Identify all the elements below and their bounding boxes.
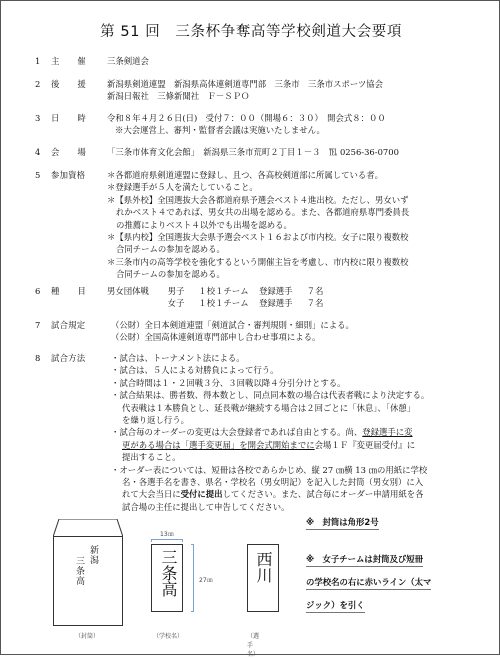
order-change-underlined: 更がある場合は「選手変更届」を開会式開始までに xyxy=(122,440,315,450)
label-char: 主 xyxy=(51,55,60,67)
section-number: 5 xyxy=(35,169,40,181)
method-line: ・試合時間は１・２回戦３分、３回戦以降４分引分けとする。 xyxy=(111,377,467,389)
document-page: 第 51 回 三条杯争奪高等学校剣道大会要項 1 主 催 三条剣道会 2 後 援… xyxy=(0,0,500,655)
envelope-caption: （封筒） xyxy=(75,631,99,640)
section-label: 日 時 xyxy=(51,112,86,124)
event-count: ７名 xyxy=(307,297,324,309)
order-change-underlined: 登録選手に変 xyxy=(362,427,412,437)
envelope-flap-icon xyxy=(53,519,123,537)
school-card-text: 三条高 xyxy=(159,549,177,597)
order-change-text: ・試合毎のオーダーの変更は大会登録者であれば自由とする。尚、 xyxy=(111,427,362,437)
eligibility-line: 合同チームの参加を認める。 xyxy=(107,243,463,255)
label-char: 場 xyxy=(77,146,86,158)
section-label: 参加資格 xyxy=(51,169,85,181)
event-count: ７名 xyxy=(307,285,324,297)
event-row: 女子 １校１チーム 登録選手 ７名 xyxy=(107,297,463,309)
player-card-text: 西川 xyxy=(254,551,272,583)
section-number: 3 xyxy=(35,112,40,124)
width-dimension-line xyxy=(151,539,183,542)
event-reg: 登録選手 xyxy=(259,297,304,309)
label-char: 後 xyxy=(51,78,60,90)
section-body: （公財）全日本剣道連盟「剣道試合・審判規則・細則」による。 （公財）全国高体連剣… xyxy=(111,319,467,344)
label-char: 目 xyxy=(77,285,86,297)
eligibility-line: れかベスト４であれば、男女共の出場を認める。また、各都道府県専門委員長 xyxy=(107,206,463,218)
section-number: 8 xyxy=(35,352,40,364)
section-number: 7 xyxy=(35,319,40,331)
order-sheet-emphasis: 受付に提出 xyxy=(181,489,223,499)
eligibility-line: ＊各都道府県剣道連盟に登録し、且つ、各高校剣道部に所属している者。 xyxy=(107,169,463,181)
sponsors-line: 新潟県剣道連盟 新潟県高体連剣道専門部 三条市 三条市スポーツ協会 xyxy=(107,78,463,90)
eligibility-line: ＊三条市内の高等学校を強化するという開催主旨を考慮し、市内校に限り複数校 xyxy=(107,256,463,268)
label-char: 種 xyxy=(51,285,60,297)
method-line: 代表戦は１本勝負とし、延長戦が継続する場合は２回ごとに「休息」、「休憩」 xyxy=(111,402,467,414)
page-title: 第 51 回 三条杯争奪高等学校剣道大会要項 xyxy=(1,20,500,41)
event-reg: 登録選手 xyxy=(259,285,304,297)
order-change-line: 提出すること。 xyxy=(111,451,467,463)
section-body: 令和８年４月２６日(日) 受付７：００（開場６：３０） 開会式８：００ ※大会運… xyxy=(107,112,463,137)
organizer-text: 三条剣道会 xyxy=(107,55,463,67)
label-char: 時 xyxy=(77,112,86,124)
order-sheet-line: ・オーダー表については、短冊は各校であらかじめ、縦 27 ㎝横 13 ㎝の用紙に… xyxy=(111,464,467,476)
event-gender: 男子 xyxy=(168,285,196,297)
order-sheet-text: れて大会当日に xyxy=(122,489,181,499)
event-type: 男女団体戦 xyxy=(107,285,165,297)
note-line: ジック）を引く xyxy=(306,599,365,613)
method-line: ・試合は、５人による対勝負によって行う。 xyxy=(111,364,467,376)
order-sheet-text: してください。また、試合毎にオーダー申請用紙を各 xyxy=(223,489,424,499)
section-body: ・試合は、トーナメント法による。 ・試合は、５人による対勝負によって行う。 ・試… xyxy=(111,352,467,513)
label-char: 会 xyxy=(51,146,60,158)
section-label: 主 催 xyxy=(51,55,86,67)
order-change-line: 更がある場合は「選手変更届」を開会式開始までに会場１Ｆ『変更届受付』に xyxy=(111,439,467,451)
order-sheet-line: 名・各選手名を書き、県名・学校名（男女明記）を記入した封筒（男女別）に入 xyxy=(111,476,467,488)
datetime-line: 令和８年４月２６日(日) 受付７：００（開場６：３０） 開会式８：００ xyxy=(107,112,463,124)
section-number: 2 xyxy=(35,78,40,90)
section-body: 新潟県剣道連盟 新潟県高体連剣道専門部 三条市 三条市スポーツ協会 新潟日報社 … xyxy=(107,78,463,103)
order-change-text: 会場１Ｆ『変更届受付』に xyxy=(315,440,416,450)
label-char: 日 xyxy=(51,112,60,124)
eligibility-line: ＊登録選手が５人を満たしていること。 xyxy=(107,181,463,193)
section-label: 試合方法 xyxy=(51,352,85,364)
height-label: 27㎝ xyxy=(199,575,213,584)
event-team: １校１チーム xyxy=(198,297,256,309)
eligibility-line: 合同チームの参加を認める。 xyxy=(107,268,463,280)
order-change-line: ・試合毎のオーダーの変更は大会登録者であれば自由とする。尚、登録選手に変 xyxy=(111,426,467,438)
eligibility-line: ＊【県外校】全国選抜大会各都道府県予選会ベスト４進出校。ただし、男女いず xyxy=(107,194,463,206)
method-line: ・試合結果は、勝者数、得本数とし、同点同本数の場合は代表者戦により決定する。 xyxy=(111,389,467,401)
label-char: 催 xyxy=(77,55,86,67)
note-line: ※ 封筒は角形2号 xyxy=(306,516,379,530)
player-card-caption: （選手名） xyxy=(247,631,261,655)
eligibility-line: ＊【県内校】全国選抜大会県予選会ベスト１６および市内校。女子に限り複数校 xyxy=(107,231,463,243)
order-sheet-diagram: 新潟 三条高 （封筒） 13㎝ 三条高 27㎝ （学校名） 西川 （選手名） xyxy=(31,511,261,641)
event-row: 男女団体戦 男子 １校１チーム 登録選手 ７名 xyxy=(107,285,463,297)
envelope-school: 三条高 xyxy=(73,556,86,586)
sponsors-line: 新潟日報社 三條新聞社 Ｆ－ＳＰＯ xyxy=(107,90,463,102)
envelope-prefecture: 新潟 xyxy=(87,545,100,565)
venue-line: 「三条市体育文化会館」 新潟県三条市荒町２丁目１－３ ℡ 0256-36-070… xyxy=(107,146,463,158)
rules-line: （公財）全国高体連剣道専門部申し合わせ事項による。 xyxy=(111,331,467,343)
datetime-note: ※大会運営上、審判・監督者会議は実施いたしません。 xyxy=(107,124,463,136)
section-number: 4 xyxy=(35,146,40,158)
order-sheet-line: れて大会当日に受付に提出してください。また、試合毎にオーダー申請用紙を各 xyxy=(111,488,467,500)
section-label: 会 場 xyxy=(51,146,86,158)
width-label: 13㎝ xyxy=(160,529,174,538)
method-line: を繰り返し行う。 xyxy=(111,414,467,426)
method-line: ・試合は、トーナメント法による。 xyxy=(111,352,467,364)
eligibility-line: の推薦によりベスト４以外でも出場を認める。 xyxy=(107,219,463,231)
section-body: 男女団体戦 男子 １校１チーム 登録選手 ７名 女子 １校１チーム 登録選手 ７… xyxy=(107,285,463,310)
section-body: ＊各都道府県剣道連盟に登録し、且つ、各高校剣道部に所属している者。 ＊登録選手が… xyxy=(107,169,463,281)
section-body: 「三条市体育文化会館」 新潟県三条市荒町２丁目１－３ ℡ 0256-36-070… xyxy=(107,146,463,158)
note-line: の学校名の右に赤いライン（太マ xyxy=(306,576,431,590)
section-number: 1 xyxy=(35,55,40,67)
event-gender: 女子 xyxy=(168,297,196,309)
section-body: 三条剣道会 xyxy=(107,55,463,67)
height-dimension-line xyxy=(191,544,194,612)
label-char: 援 xyxy=(77,78,86,90)
section-label: 後 援 xyxy=(51,78,86,90)
section-number: 6 xyxy=(35,285,40,297)
note-line: ※ 女子チームは封筒及び短冊 xyxy=(306,553,423,567)
rules-line: （公財）全日本剣道連盟「剣道試合・審判規則・細則」による。 xyxy=(111,319,467,331)
section-label: 種 目 xyxy=(51,285,86,297)
event-team: １校１チーム xyxy=(198,285,256,297)
section-label: 試合規定 xyxy=(51,319,85,331)
school-card-caption: （学校名） xyxy=(153,631,183,640)
